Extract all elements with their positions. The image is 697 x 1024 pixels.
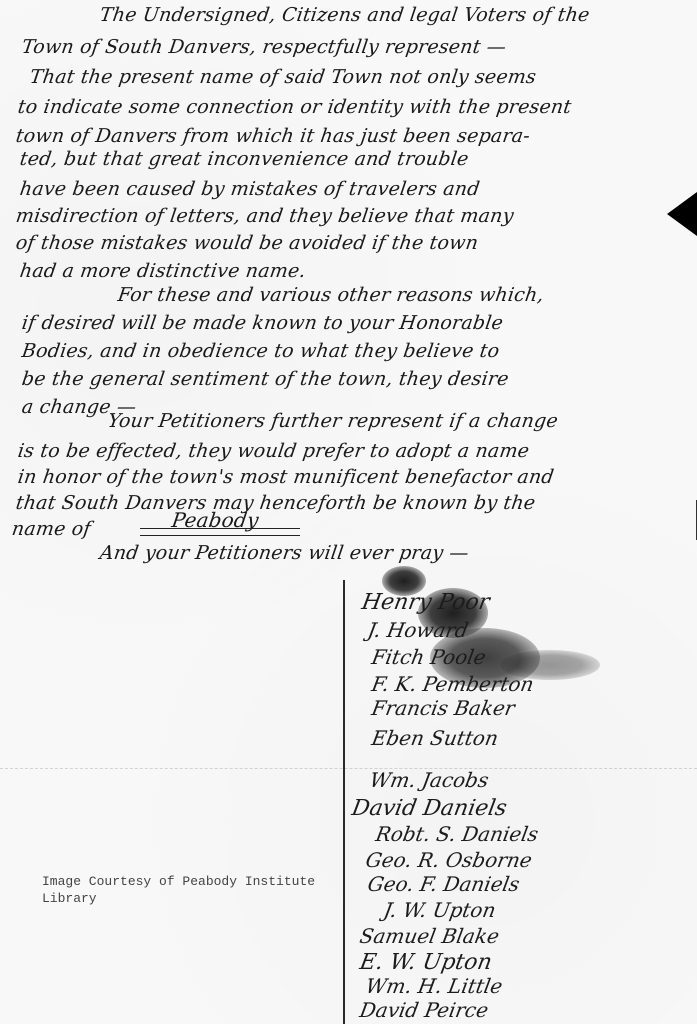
signature: Samuel Blake	[358, 924, 501, 948]
petition-line-12: if desired will be made known to your Ho…	[20, 312, 504, 334]
petition-line-4: to indicate some connection or identity …	[16, 96, 572, 118]
page-fold-line	[0, 768, 697, 770]
petition-line-2: Town of South Danvers, respectfully repr…	[20, 36, 507, 58]
signature: J. W. Upton	[382, 898, 498, 922]
image-courtesy-caption: Image Courtesy of Peabody Institute Libr…	[42, 873, 342, 907]
petition-line-14: be the general sentiment of the town, th…	[20, 368, 510, 390]
signature: David Peirce	[358, 998, 490, 1022]
petition-line-19: that South Danvers may henceforth be kno…	[14, 492, 536, 514]
petition-line-1: The Undersigned, Citizens and legal Vote…	[98, 4, 591, 26]
signature: Fitch Poole	[370, 645, 488, 669]
petition-line-20: name of	[10, 518, 92, 540]
petition-line-9: of those mistakes would be avoided if th…	[14, 232, 479, 254]
petition-line-3: That the present name of said Town not o…	[28, 66, 537, 88]
signature: David Daniels	[350, 796, 509, 821]
signature: J. Howard	[366, 618, 470, 642]
document-page: The Undersigned, Citizens and legal Vote…	[0, 0, 697, 1024]
signature: Geo. F. Daniels	[366, 872, 522, 896]
signature: Eben Sutton	[370, 726, 500, 750]
signature: Wm. H. Little	[364, 974, 505, 998]
petition-line-13: Bodies, and in obedience to what they be…	[20, 340, 500, 362]
petition-line-18: in honor of the town's most munificent b…	[16, 466, 555, 488]
petition-line-5: town of Danvers from which it has just b…	[14, 125, 531, 147]
signature: Wm. Jacobs	[368, 768, 491, 792]
name-underline	[140, 528, 300, 536]
petition-line-7: have been caused by mistakes of traveler…	[18, 178, 481, 200]
corner-tab-mark	[667, 192, 697, 236]
petition-line-8: misdirection of letters, and they believ…	[14, 205, 515, 227]
petition-line-21: And your Petitioners will ever pray —	[98, 542, 470, 564]
signature: Francis Baker	[370, 696, 517, 720]
petition-line-10: had a more distinctive name.	[18, 260, 307, 282]
signature: Henry Poor	[360, 590, 492, 615]
signature: Geo. R. Osborne	[364, 848, 534, 872]
petition-line-11: For these and various other reasons whic…	[116, 284, 545, 306]
petition-line-16: Your Petitioners further represent if a …	[106, 410, 559, 432]
signature-margin-line	[343, 580, 345, 1024]
signature: Robt. S. Daniels	[374, 822, 540, 846]
signature: F. K. Pemberton	[370, 672, 536, 696]
petition-line-17: is to be effected, they would prefer to …	[16, 440, 530, 462]
petition-line-6: ted, but that great inconvenience and tr…	[18, 148, 470, 170]
signature: E. W. Upton	[358, 950, 494, 975]
